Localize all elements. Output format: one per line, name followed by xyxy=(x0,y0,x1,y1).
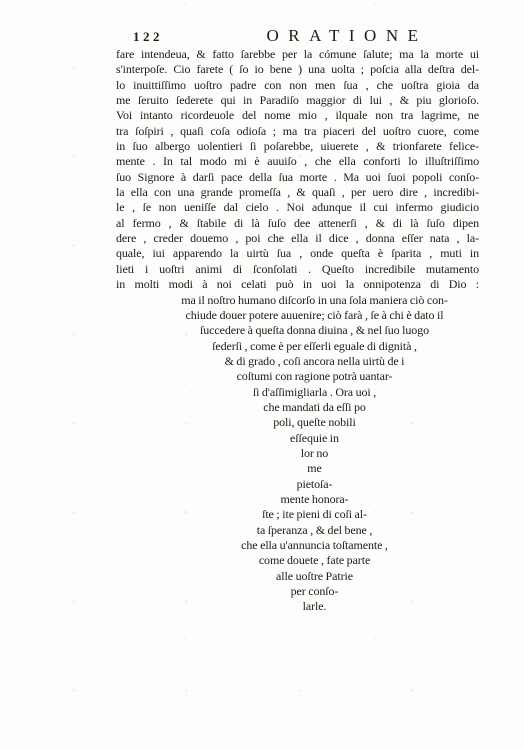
book-page: 122 ORATIONE fare intendeua, & fatto ſar… xyxy=(0,0,524,750)
funnel-line: eſſequie in xyxy=(150,431,479,446)
funnel-line: come douete , fate parte xyxy=(150,553,479,568)
funnel-line: poli, queſte nobili xyxy=(150,415,479,430)
funnel-text: ma il noſtro humano diſcorſo in una ſola… xyxy=(116,293,479,615)
text-line: tra ſoſpiri , quaſi coſa odioſa ; ma tra… xyxy=(116,124,479,139)
text-line: quale, iui apparendo la uirtù ſua , onde… xyxy=(116,246,479,261)
text-line: le , ſe non ueniſſe dal cielo . Noi adun… xyxy=(116,200,479,215)
text-line: dere , creder douemo , poi che ella il d… xyxy=(116,231,479,246)
funnel-line: alle uoſtre Patrie xyxy=(150,569,479,584)
funnel-line: ſte ; ite pieni di coſi al- xyxy=(150,507,479,522)
text-line: in molti modi à noi celati può in uoi la… xyxy=(116,277,479,292)
funnel-line: larle. xyxy=(150,599,479,614)
funnel-line: che ella u'annuncia toſtamente , xyxy=(150,538,479,553)
funnel-line: pietoſa- xyxy=(150,477,479,492)
funnel-line: coſtumi con ragione potrà uantar- xyxy=(150,369,479,384)
funnel-line: ma il noſtro humano diſcorſo in una ſola… xyxy=(150,293,479,308)
funnel-line: ſederſi , come è per eſſerli eguale di d… xyxy=(150,339,479,354)
funnel-line: & di grado , coſi ancora nella uirtù de … xyxy=(150,354,479,369)
text-line: in ſuo albergo uolentieri ſi poſarebbe, … xyxy=(116,139,479,154)
funnel-line: lor no xyxy=(150,446,479,461)
running-title: ORATIONE xyxy=(267,26,428,46)
text-line: Voi intanto ricordeuole del nome mio , i… xyxy=(116,108,479,123)
justified-paragraph: fare intendeua, & fatto ſarebbe per la c… xyxy=(116,47,479,293)
text-line: me ſeruito ſederete qui in Paradiſo magg… xyxy=(116,93,479,108)
text-line: lo inuittiſſimo uoſtro padre con non men… xyxy=(116,78,479,93)
text-line: la ella con una grande promeſſa , & quaſ… xyxy=(116,185,479,200)
funnel-line: ta ſperanza , & del bene , xyxy=(150,523,479,538)
funnel-line: chiude douer potere auuenire; ciò farà ,… xyxy=(150,308,479,323)
funnel-line: mente honora- xyxy=(150,492,479,507)
funnel-line: per conſo- xyxy=(150,584,479,599)
funnel-line: ſuccedere à queſta donna diuina , & nel … xyxy=(150,323,479,338)
page-number: 122 xyxy=(133,29,163,45)
funnel-line: ſi d'aſſimigliarla . Ora uoi , xyxy=(150,385,479,400)
text-column: fare intendeua, & fatto ſarebbe per la c… xyxy=(116,47,479,615)
funnel-line: me xyxy=(150,461,479,476)
text-line: ſuo Signore à darſi pace della ſua morte… xyxy=(116,170,479,185)
text-line: mente . In tal modo mi è auuiſo , che el… xyxy=(116,154,479,169)
text-line: fare intendeua, & fatto ſarebbe per la c… xyxy=(116,47,479,62)
text-line: al fermo , & ſtabile di là ſuſo dee atte… xyxy=(116,216,479,231)
text-line: lieti i uoſtri animi di ſconſolati . Que… xyxy=(116,262,479,277)
text-line: s'interpoſe. Cio farete ( ſo io bene ) u… xyxy=(116,62,479,77)
funnel-line: che mandati da eſſi po xyxy=(150,400,479,415)
